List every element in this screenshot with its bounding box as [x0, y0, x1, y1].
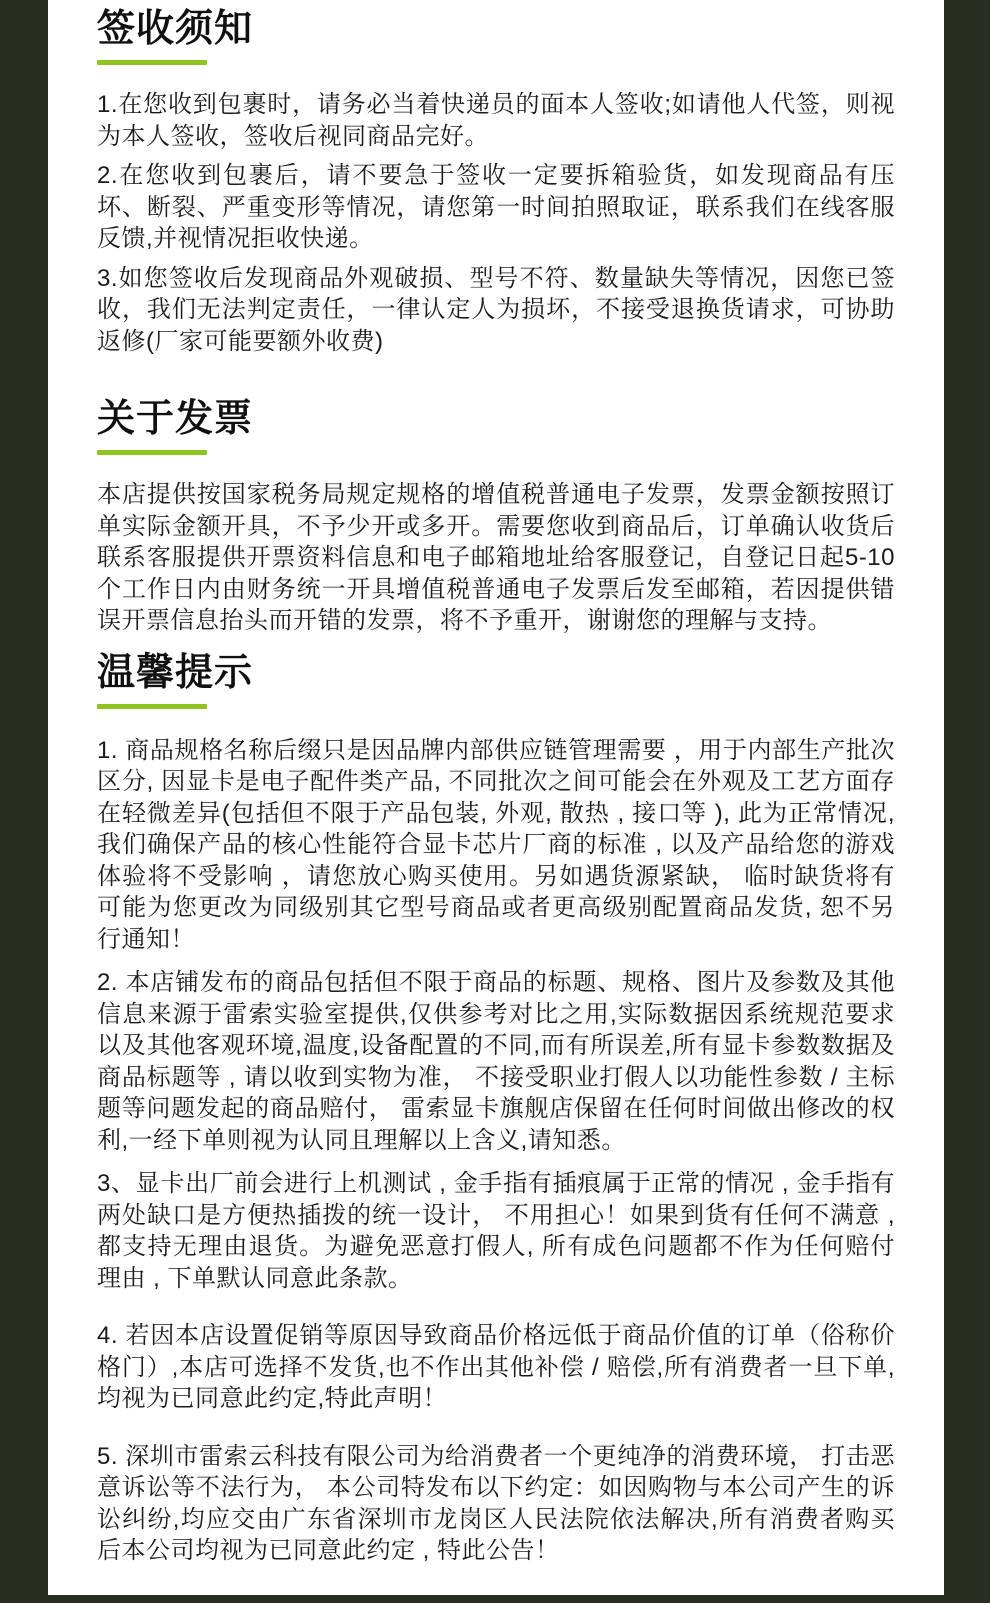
title-underline-accent: [97, 450, 207, 455]
bottom-border: [0, 1595, 990, 1603]
section-receipt-notice: 签收须知 1.在您收到包裹时，请务必当着快递员的面本人签收;如请他人代签，则视为…: [97, 7, 895, 357]
title-underline-accent: [97, 60, 207, 65]
notice-content: 签收须知 1.在您收到包裹时，请务必当着快递员的面本人签收;如请他人代签，则视为…: [48, 0, 944, 1567]
title-underline-accent: [97, 704, 207, 709]
receipt-paragraph-2: 2.在您收到包裹后，请不要急于签收一定要拆箱验货，如发现商品有压坏、断裂、严重变…: [97, 160, 895, 255]
tips-paragraph-4: 4. 若因本店设置促销等原因导致商品价格远低于商品价值的订单（俗称价格门）,本店…: [97, 1320, 895, 1415]
invoice-paragraph: 本店提供按国家税务局规定规格的增值税普通电子发票，发票金额按照订单实际金额开具，…: [97, 479, 895, 637]
receipt-paragraph-1: 1.在您收到包裹时，请务必当着快递员的面本人签收;如请他人代签，则视为本人签收，…: [97, 89, 895, 152]
tips-paragraph-5: 5. 深圳市雷索云科技有限公司为给消费者一个更纯净的消费环境， 打击恶意诉讼等不…: [97, 1441, 895, 1567]
notice-page: 签收须知 1.在您收到包裹时，请务必当着快递员的面本人签收;如请他人代签，则视为…: [0, 0, 990, 1603]
right-border: [944, 0, 990, 1603]
receipt-paragraph-3: 3.如您签收后发现商品外观破损、型号不符、数量缺失等情况，因您已签收，我们无法判…: [97, 263, 895, 358]
invoice-title: 关于发票: [97, 397, 895, 441]
tips-paragraph-2: 2. 本店铺发布的商品包括但不限于商品的标题、规格、图片及参数及其他信息来源于雷…: [97, 967, 895, 1156]
warm-tips-title: 温馨提示: [97, 651, 895, 695]
receipt-notice-title: 签收须知: [97, 7, 895, 51]
left-border: [0, 0, 48, 1603]
section-invoice-info: 关于发票 本店提供按国家税务局规定规格的增值税普通电子发票，发票金额按照订单实际…: [97, 397, 895, 637]
section-warm-tips: 温馨提示 1. 商品规格名称后缀只是因品牌内部供应链管理需要 ，用于内部生产批次…: [97, 651, 895, 1567]
tips-paragraph-3: 3、显卡出厂前会进行上机测试 , 金手指有插痕属于正常的情况 , 金手指有两处缺…: [97, 1168, 895, 1294]
tips-paragraph-1: 1. 商品规格名称后缀只是因品牌内部供应链管理需要 ，用于内部生产批次区分, 因…: [97, 735, 895, 956]
